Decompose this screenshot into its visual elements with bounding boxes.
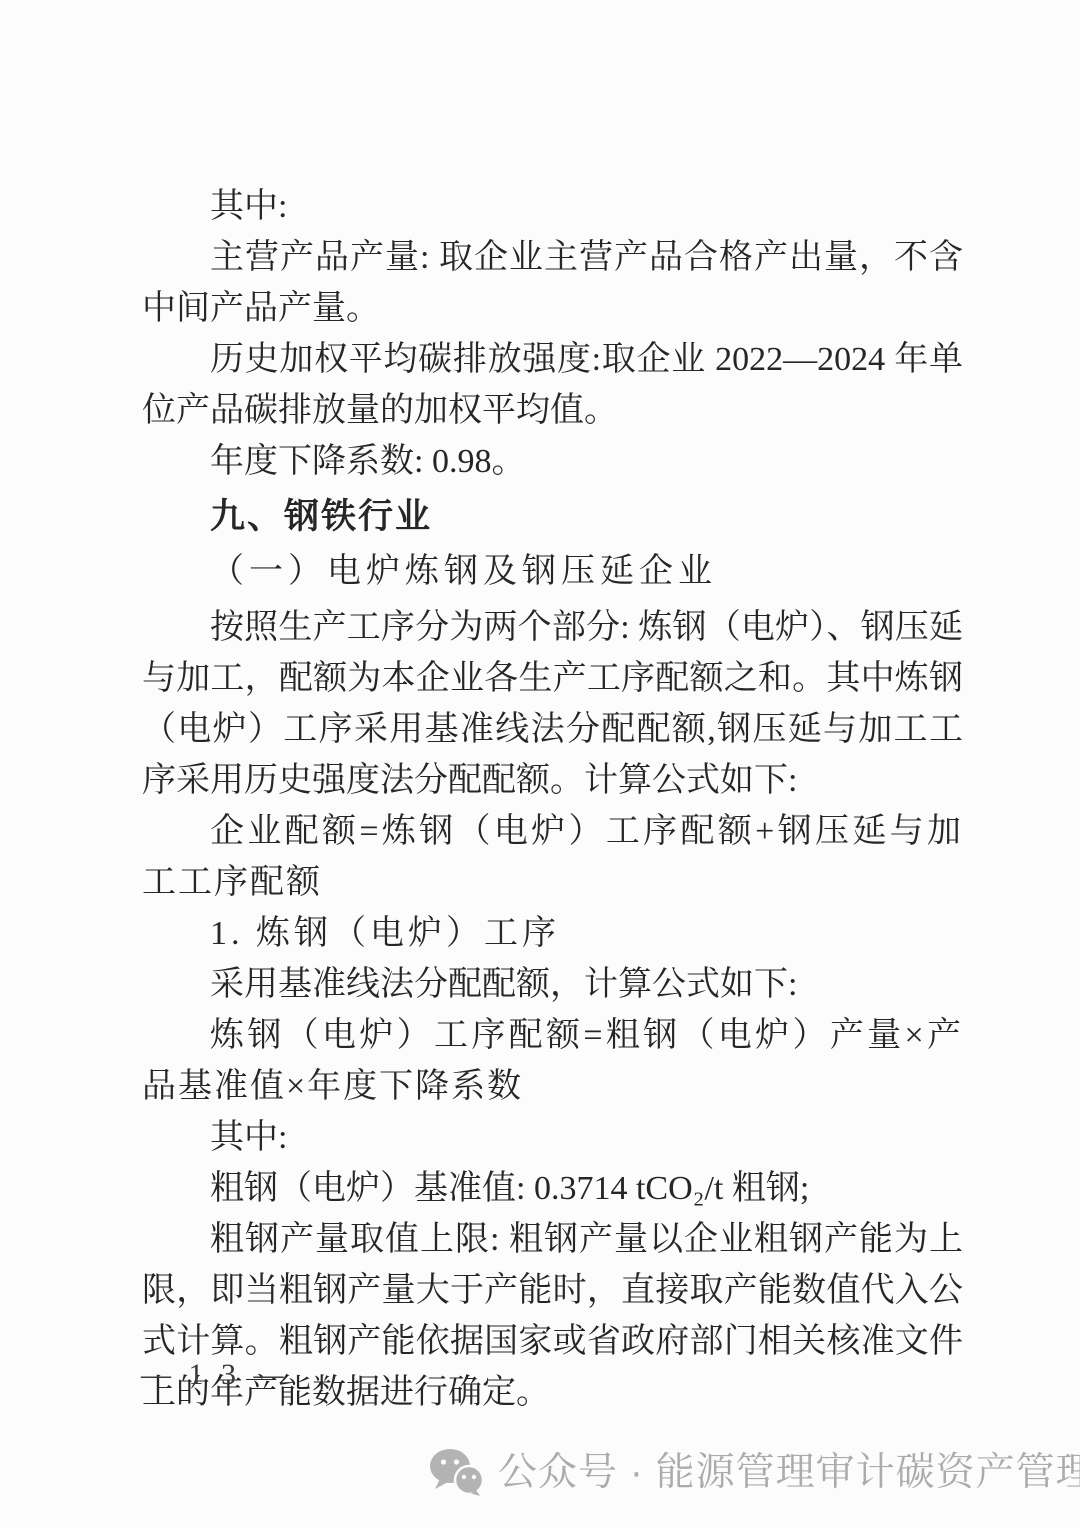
paragraph: 粗钢（电炉）基准值: 0.3714 tCO₂/t 粗钢;: [142, 1163, 963, 1214]
paragraph: 年度下降系数: 0.98。: [142, 436, 963, 487]
paragraph: 历史加权平均碳排放强度:取企业 2022—2024 年单位产品碳排放量的加权平均…: [142, 334, 963, 436]
document-page: 其中:主营产品产量: 取企业主营产品合格产出量，不含中间产品产量。历史加权平均碳…: [0, 0, 1080, 1527]
page-number: — 1 3 —: [141, 1358, 289, 1392]
paragraph: 其中:: [142, 1112, 963, 1163]
watermark-text: 公众号 · 能源管理审计碳资产管理赋能社: [498, 1453, 1080, 1492]
paragraph: 采用基准线法分配配额，计算公式如下:: [142, 959, 963, 1010]
watermark: 公众号 · 能源管理审计碳资产管理赋能社: [429, 1448, 1080, 1496]
paragraph: 其中:: [142, 181, 963, 232]
section-heading: 九、钢铁行业: [142, 491, 963, 542]
paragraph: 主营产品产量: 取企业主营产品合格产出量，不含中间产品产量。: [142, 232, 963, 334]
document-body: 其中:主营产品产量: 取企业主营产品合格产出量，不含中间产品产量。历史加权平均碳…: [142, 181, 963, 1418]
wechat-icon: [429, 1448, 485, 1496]
formula-line: 炼钢（电炉）工序配额=粗钢（电炉）产量×产品基准值×年度下降系数: [142, 1010, 963, 1112]
paragraph: 按照生产工序分为两个部分: 炼钢（电炉）、钢压延与加工，配额为本企业各生产工序配…: [142, 602, 963, 806]
formula-line: 企业配额=炼钢（电炉）工序配额+钢压延与加工工序配额: [142, 806, 963, 908]
numbered-heading: 1. 炼钢（电炉）工序: [142, 908, 963, 959]
sub-section-heading: （一）电炉炼钢及钢压延企业: [142, 546, 963, 597]
